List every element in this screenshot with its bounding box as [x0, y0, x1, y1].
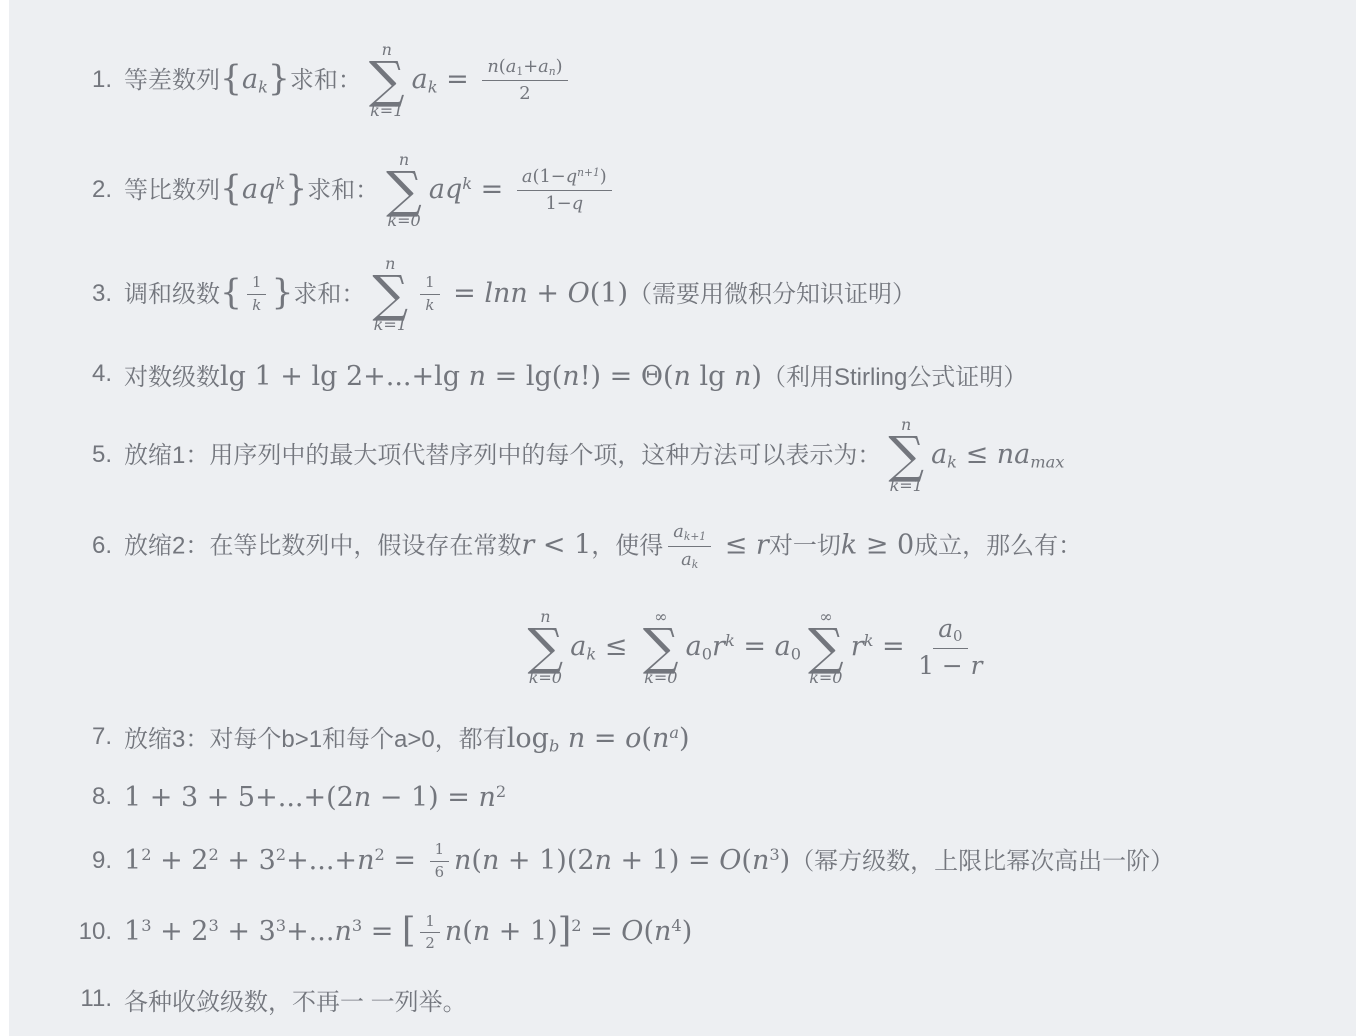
- item-formula: 放缩2：在等比数列中，假设存在常数r < 1，使得ak+1ak ≤ r对一切k …: [124, 521, 1082, 571]
- fraction: 1k: [247, 274, 266, 314]
- math-text: + 3: [219, 845, 276, 876]
- math-variable: a: [686, 631, 702, 662]
- item-number: 2.: [56, 176, 124, 205]
- sigma-icon: ∑: [808, 627, 844, 667]
- math-text: }: [268, 59, 290, 99]
- item-formula: 各种收敛级数，不再一 一列举。: [124, 982, 467, 1017]
- text-segment: 等差数列: [124, 67, 220, 94]
- math-variable: n: [559, 723, 585, 754]
- text-segment: 放缩3：对每个b>1和每个a>0，都有: [124, 726, 507, 753]
- fraction: 16: [430, 841, 449, 881]
- sum-lower-limit: k=0: [809, 670, 842, 686]
- math-text: 1: [425, 273, 434, 291]
- fraction-denominator: 6: [435, 862, 444, 882]
- fraction-numerator: a0: [933, 614, 967, 649]
- fraction: 1k: [420, 274, 439, 314]
- math-text: [: [402, 911, 415, 951]
- math-text: +: [523, 56, 538, 77]
- math-variable: n: [354, 782, 371, 813]
- math-superscript: 2: [374, 845, 384, 864]
- math-variable: r: [712, 631, 725, 662]
- summation-symbol: n∑k=1: [372, 256, 408, 333]
- math-text: }: [271, 273, 293, 313]
- text-segment: 放缩2：在等比数列中，假设存在常数: [124, 533, 521, 560]
- fraction-denominator: k: [252, 295, 261, 315]
- math-variable: a: [242, 64, 258, 95]
- math-variable: a: [570, 631, 586, 662]
- math-variable: n: [473, 916, 490, 947]
- math-variable: q: [572, 193, 583, 214]
- math-variable: n: [674, 361, 691, 392]
- math-text: !) = Θ(: [580, 361, 674, 392]
- list-item: 5. 放缩1：用序列中的最大项代替序列中的每个项，这种方法可以表示为：n∑k=1…: [56, 410, 1332, 500]
- math-text: + 1): [490, 916, 558, 947]
- summation-symbol: n∑k=1: [369, 42, 405, 119]
- math-text: (: [499, 56, 506, 77]
- sum-lower-limit: k=0: [529, 670, 562, 686]
- list-item: 7. 放缩3：对每个b>1和每个a>0，都有logb n = o(na): [56, 712, 1332, 762]
- math-text: 1: [124, 845, 141, 876]
- math-text: =: [585, 723, 625, 754]
- text-segment: 求和：: [290, 67, 362, 94]
- fraction-denominator: k: [425, 295, 434, 315]
- math-variable: aq: [242, 174, 275, 205]
- math-text: {: [220, 169, 242, 209]
- math-variable: n: [652, 723, 669, 754]
- math-subscript: k: [586, 644, 596, 663]
- math-text: ): [679, 723, 690, 754]
- math-superscript: 2: [208, 845, 218, 864]
- fraction: ak+1ak: [668, 521, 711, 571]
- math-superscript: 3: [769, 845, 779, 864]
- math-text: 6: [435, 863, 444, 881]
- math-variable: n: [357, 845, 374, 876]
- math-variable: n: [334, 916, 351, 947]
- math-text: ]: [558, 911, 571, 951]
- item-formula: 1 + 3 + 5+...+(2n − 1) = n2: [124, 782, 506, 813]
- math-variable: a: [673, 521, 684, 542]
- math-text: + 2: [152, 916, 209, 947]
- math-text: ): [780, 845, 791, 876]
- math-superscript: k: [462, 174, 472, 193]
- math-text: 1: [425, 912, 434, 930]
- sigma-icon: ∑: [386, 170, 422, 210]
- fraction: n(a1+an)2: [482, 56, 567, 105]
- math-variable: lnn: [484, 278, 527, 309]
- math-variable: O: [568, 278, 590, 309]
- math-superscript: 3: [208, 916, 218, 935]
- fraction-numerator: n(a1+an): [482, 56, 567, 82]
- item-number: 6.: [56, 532, 124, 561]
- math-text: < 1: [534, 530, 591, 561]
- math-text: =: [582, 916, 622, 947]
- math-variable: a: [938, 614, 953, 643]
- item-formula: 等差数列{ak}求和：n∑k=1ak = n(a1+an)2: [124, 42, 573, 119]
- math-text: 1−: [545, 193, 571, 214]
- math-superscript: 4: [671, 916, 681, 935]
- math-variable: O: [719, 845, 741, 876]
- summation-symbol: ∞∑k=0: [643, 609, 679, 686]
- text-segment: 放缩1：用序列中的最大项代替序列中的每个项，这种方法可以表示为：: [124, 442, 881, 469]
- math-superscript: k: [725, 631, 735, 650]
- math-subscript: 0: [953, 627, 962, 645]
- math-text: =: [385, 845, 425, 876]
- math-text: + 1)(2: [499, 845, 594, 876]
- math-variable: n: [654, 916, 671, 947]
- math-text: 1: [435, 840, 444, 858]
- sum-lower-limit: k=1: [890, 478, 923, 494]
- math-variable: a: [506, 56, 517, 77]
- math-variable: n: [445, 916, 462, 947]
- math-variable: a: [412, 64, 428, 95]
- sigma-icon: ∑: [372, 274, 408, 314]
- math-variable: a: [681, 549, 692, 570]
- list-item: 1. 等差数列{ak}求和：n∑k=1ak = n(a1+an)2: [56, 30, 1332, 130]
- fraction: 12: [420, 913, 439, 953]
- math-variable: k: [841, 530, 857, 561]
- math-variable: n: [469, 361, 486, 392]
- math-text: ≤: [957, 439, 997, 470]
- math-text: + 2: [152, 845, 209, 876]
- math-superscript: k: [275, 174, 285, 193]
- math-text: 1: [124, 916, 141, 947]
- item-formula: 放缩1：用序列中的最大项代替序列中的每个项，这种方法可以表示为：n∑k=1ak …: [124, 417, 1064, 494]
- math-superscript: a: [669, 723, 679, 742]
- math-text: +...: [286, 916, 334, 947]
- list-item: 8. 1 + 3 + 5+...+(2n − 1) = n2: [56, 772, 1332, 822]
- list-item: 6. 放缩2：在等比数列中，假设存在常数r < 1，使得ak+1ak ≤ r对一…: [56, 510, 1332, 582]
- item-formula: 12 + 22 + 32+...+n2 = 16n(n + 1)(2n + 1)…: [124, 841, 1174, 882]
- math-variable: a: [931, 439, 947, 470]
- fraction-numerator: 1: [247, 274, 266, 295]
- text-segment: 求和：: [293, 281, 365, 308]
- math-text: ): [556, 56, 563, 77]
- fraction-numerator: 1: [420, 913, 439, 934]
- math-text: =: [472, 174, 512, 205]
- math-text: {: [220, 273, 242, 313]
- math-text: +...+: [286, 845, 357, 876]
- math-variable: O: [621, 916, 643, 947]
- left-edge-strip: [0, 0, 9, 1036]
- fraction-numerator: 1: [430, 841, 449, 862]
- math-superscript: 3: [352, 916, 362, 935]
- math-text: lg 1 + lg 2+...+lg: [220, 361, 469, 392]
- item-number: 1.: [56, 66, 124, 95]
- math-text: (: [741, 845, 752, 876]
- math-text: =: [735, 631, 775, 662]
- display-equation-row: n∑k=0ak ≤ ∞∑k=0a0rk = a0∞∑k=0rk = a01 − …: [56, 592, 1332, 702]
- math-subscript: k: [692, 557, 698, 570]
- math-subscript: b: [549, 736, 559, 755]
- math-superscript: k: [864, 631, 874, 650]
- math-variable: o: [625, 723, 641, 754]
- text-segment: 调和级数: [124, 281, 220, 308]
- item-formula: 调和级数{1k}求和：n∑k=11k = lnn + O(1)（需要用微积分知识…: [124, 256, 916, 333]
- math-text: 2: [425, 934, 434, 952]
- math-text: ≥ 0: [857, 530, 914, 561]
- math-text: ): [682, 916, 693, 947]
- item-formula: 13 + 23 + 33+...n3 = [12n(n + 1)]2 = O(n…: [124, 911, 692, 952]
- math-superscript: n+1: [577, 167, 600, 180]
- math-text: log: [507, 723, 549, 754]
- math-text: =: [438, 64, 478, 95]
- math-subscript: 0: [702, 644, 712, 663]
- fraction-numerator: ak+1: [668, 521, 711, 547]
- item-number: 11.: [56, 985, 124, 1014]
- math-variable: a: [538, 56, 549, 77]
- item-number: 7.: [56, 723, 124, 752]
- summation-symbol: ∞∑k=0: [808, 609, 844, 686]
- math-text: (: [471, 845, 482, 876]
- math-text: ≤: [716, 530, 756, 561]
- math-text: − 1) =: [371, 782, 478, 813]
- fraction-denominator: 2: [425, 933, 434, 953]
- math-subscript: n: [549, 65, 556, 78]
- math-subscript: 0: [791, 644, 801, 663]
- summation-symbol: n∑k=0: [528, 609, 564, 686]
- sum-lower-limit: k=0: [387, 213, 420, 229]
- math-variable: n: [454, 845, 471, 876]
- math-variable: r: [756, 530, 769, 561]
- math-variable: n: [487, 56, 498, 77]
- fraction: a(1−qn+1)1−q: [517, 166, 612, 213]
- item-formula: 放缩3：对每个b>1和每个a>0，都有logb n = o(na): [124, 719, 690, 756]
- math-superscript: 3: [276, 916, 286, 935]
- math-variable: r: [851, 631, 864, 662]
- math-variable: q: [566, 166, 577, 187]
- text-segment: （需要用微积分知识证明）: [628, 281, 916, 308]
- list-item: 10. 13 + 23 + 33+...n3 = [12n(n + 1)]2 =…: [56, 900, 1332, 964]
- text-segment: 等比数列: [124, 177, 220, 204]
- math-text: (: [643, 916, 654, 947]
- math-text: + 3: [219, 916, 276, 947]
- summation-symbol: n∑k=0: [386, 152, 422, 229]
- sum-lower-limit: k=0: [644, 670, 677, 686]
- math-text: {: [220, 59, 242, 99]
- text-segment: 求和：: [307, 177, 379, 204]
- display-equation: n∑k=0ak ≤ ∞∑k=0a0rk = a0∞∑k=0rk = a01 − …: [521, 609, 988, 686]
- summation-symbol: n∑k=1: [888, 417, 924, 494]
- math-variable: k: [252, 296, 261, 314]
- math-subscript: k+1: [684, 530, 706, 543]
- item-formula: 对数级数lg 1 + lg 2+...+lg n = lg(n!) = Θ(n …: [124, 357, 1027, 392]
- fraction-denominator: 2: [519, 81, 530, 104]
- math-subscript: k: [428, 77, 438, 96]
- math-text: (1): [590, 278, 628, 309]
- item-number: 3.: [56, 280, 124, 309]
- math-text: lg: [691, 361, 734, 392]
- math-subscript: k: [258, 77, 268, 96]
- math-superscript: 2: [141, 845, 151, 864]
- math-text: }: [285, 169, 307, 209]
- sum-lower-limit: k=1: [370, 103, 403, 119]
- fraction: a01 − r: [918, 614, 982, 680]
- fraction-numerator: a(1−qn+1): [517, 166, 612, 190]
- text-segment: 成立，那么有：: [914, 533, 1082, 560]
- math-superscript: 2: [496, 782, 506, 801]
- math-variable: a: [775, 631, 791, 662]
- item-number: 5.: [56, 441, 124, 470]
- math-text: (1−: [533, 166, 566, 187]
- list-item: 3. 调和级数{1k}求和：n∑k=11k = lnn + O(1)（需要用微积…: [56, 250, 1332, 338]
- item-number: 4.: [56, 360, 124, 389]
- math-text: 1: [252, 273, 261, 291]
- text-segment: 对一切: [769, 533, 841, 560]
- sigma-icon: ∑: [888, 435, 924, 475]
- fraction-denominator: 1 − r: [918, 649, 982, 680]
- math-variable: n: [752, 845, 769, 876]
- math-variable: a: [522, 166, 533, 187]
- math-variable: na: [997, 439, 1031, 470]
- math-text: ): [751, 361, 762, 392]
- math-text: (: [462, 916, 473, 947]
- math-text: +: [528, 278, 568, 309]
- item-formula: 等比数列{aqk}求和：n∑k=0aqk = a(1−qn+1)1−q: [124, 152, 617, 229]
- list-item: 9. 12 + 22 + 32+...+n2 = 16n(n + 1)(2n +…: [56, 832, 1332, 890]
- sum-lower-limit: k=1: [374, 317, 407, 333]
- math-text: = lg(: [486, 361, 562, 392]
- sigma-icon: ∑: [643, 627, 679, 667]
- math-variable: n: [595, 845, 612, 876]
- item-number: 10.: [56, 918, 124, 947]
- math-text: 1 −: [918, 651, 970, 680]
- math-variable: r: [521, 530, 534, 561]
- text-segment: 各种收敛级数，不再一 一列举。: [124, 989, 467, 1016]
- math-text: 1 + 3 + 5+...+(2: [124, 782, 354, 813]
- text-segment: （利用Stirling公式证明）: [762, 364, 1027, 391]
- item-number: 9.: [56, 847, 124, 876]
- math-text: =: [445, 278, 485, 309]
- math-text: ): [600, 166, 607, 187]
- item-number: 8.: [56, 783, 124, 812]
- math-notes-page: 1. 等差数列{ak}求和：n∑k=1ak = n(a1+an)2 2. 等比数…: [0, 0, 1356, 1024]
- math-variable: n: [482, 845, 499, 876]
- fraction-denominator: 1−q: [545, 191, 583, 214]
- math-text: + 1) =: [612, 845, 719, 876]
- math-text: =: [873, 631, 913, 662]
- math-variable: n: [479, 782, 496, 813]
- math-superscript: 2: [571, 916, 581, 935]
- text-segment: ，使得: [591, 533, 663, 560]
- math-variable: k: [425, 296, 434, 314]
- math-superscript: 3: [141, 916, 151, 935]
- math-variable: n: [734, 361, 751, 392]
- list-item: 2. 等比数列{aqk}求和：n∑k=0aqk = a(1−qn+1)1−q: [56, 140, 1332, 240]
- list-item: 11. 各种收敛级数，不再一 一列举。: [56, 974, 1332, 1024]
- math-superscript: 2: [276, 845, 286, 864]
- text-segment: 对数级数: [124, 364, 220, 391]
- sigma-icon: ∑: [369, 60, 405, 100]
- math-text: ≤: [596, 631, 636, 662]
- text-segment: （幂方级数，上限比幂次高出一阶）: [790, 848, 1174, 875]
- fraction-denominator: ak: [681, 547, 698, 572]
- math-variable: r: [971, 651, 983, 680]
- math-subscript: k: [947, 452, 957, 471]
- math-variable: n: [562, 361, 579, 392]
- fraction-numerator: 1: [420, 274, 439, 295]
- math-text: 2: [519, 83, 530, 104]
- math-variable: aq: [429, 174, 462, 205]
- list-item: 4. 对数级数lg 1 + lg 2+...+lg n = lg(n!) = Θ…: [56, 348, 1332, 400]
- math-text: (: [641, 723, 652, 754]
- math-subscript: max: [1030, 452, 1064, 471]
- sigma-icon: ∑: [528, 627, 564, 667]
- math-text: =: [362, 916, 402, 947]
